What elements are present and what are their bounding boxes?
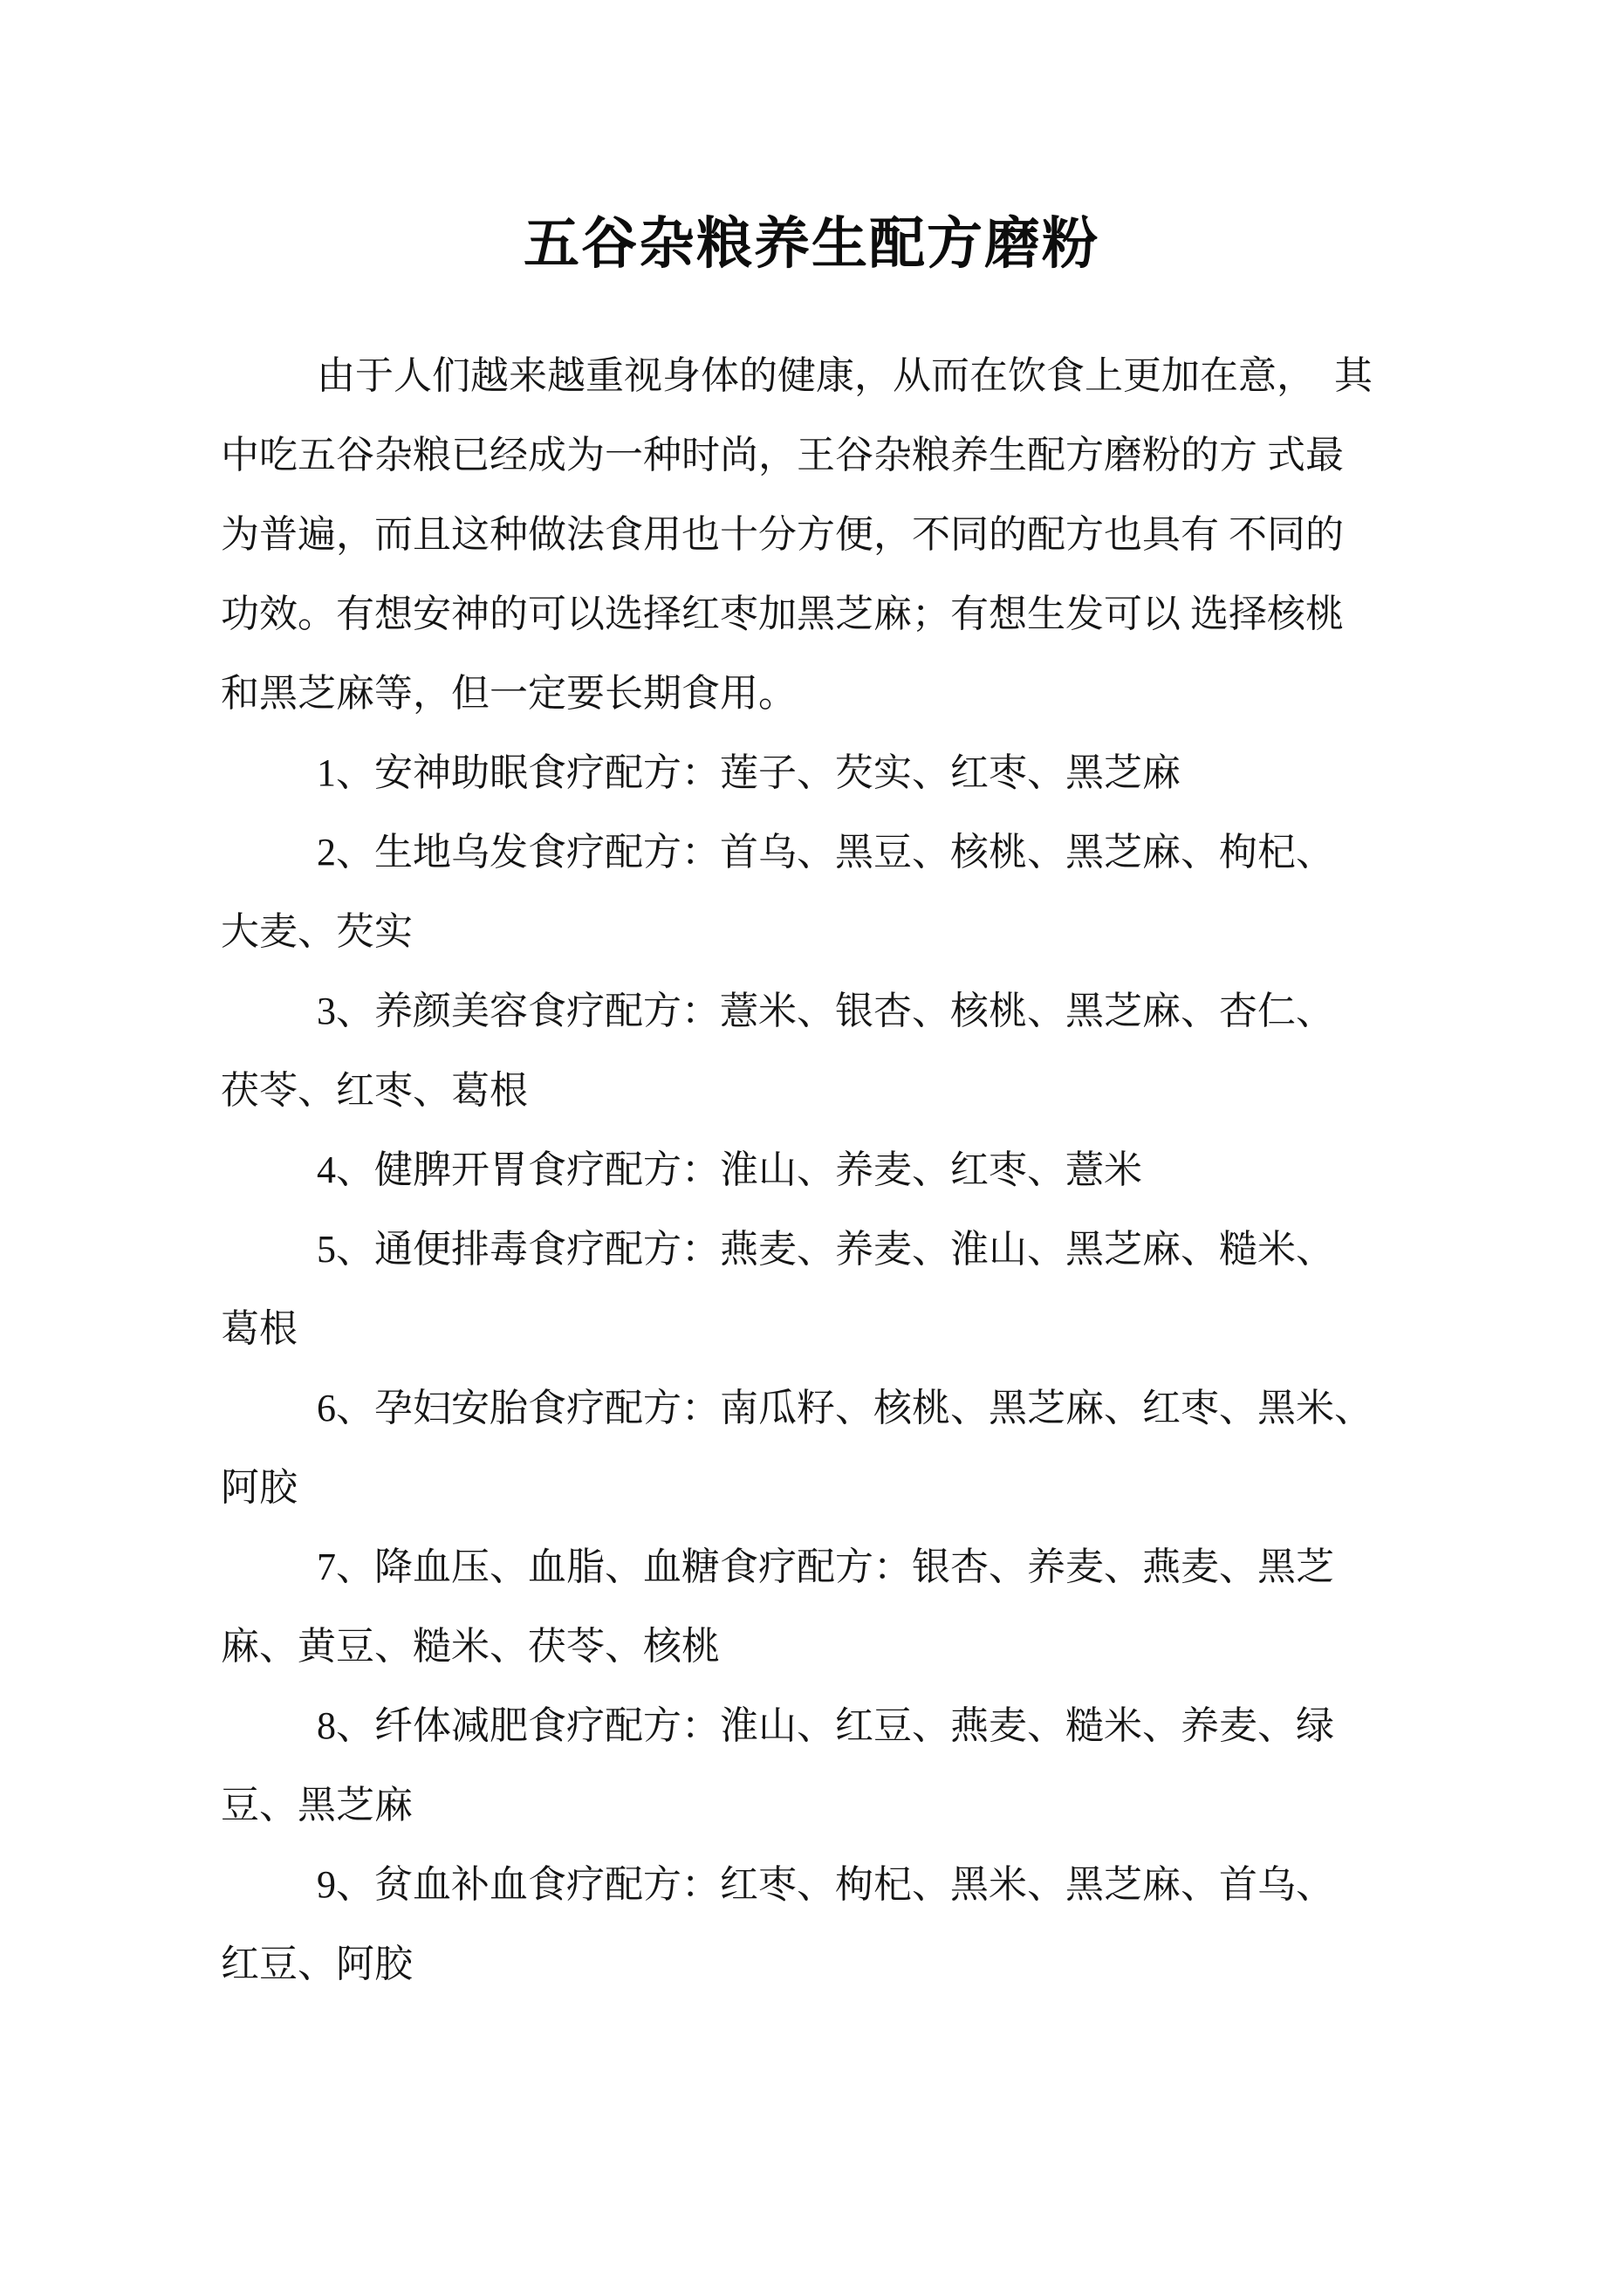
recipe-line-1: 1、安神助眠食疗配方：莲子、芡实、红枣、黑芝麻: [221, 733, 1414, 812]
recipe-line-4: 4、健脾开胃食疗配方：淮山、养麦、红枣、薏米: [221, 1130, 1414, 1210]
recipe-line-2-cont: 大麦、芡实: [221, 892, 1414, 971]
text-line: 中吃五谷杂粮已经成为一种时尚，王谷杂粮养生配方磨粉的方 式最: [221, 415, 1414, 495]
text-line: 和黑芝麻等，但一定要长期食用。: [221, 654, 1414, 733]
recipe-line-8-cont: 豆、黑芝麻: [221, 1765, 1414, 1845]
recipe-line-7: 7、降血压、血脂、血糖食疗配方：银杏、养麦、燕麦、黑芝: [221, 1527, 1414, 1607]
recipe-line-5: 5、通便排毒食疗配方：燕麦、养麦、淮山、黑芝麻、糙米、: [221, 1210, 1414, 1289]
document-body: 由于人们越来越重视身体的健康，从而在饮食上更加在意， 其 中吃五谷杂粮已经成为一…: [221, 336, 1414, 2004]
recipe-line-6: 6、孕妇安胎食疗配方：南瓜籽、核桃、黑芝麻、红枣、黑米、: [221, 1368, 1414, 1448]
recipe-line-6-cont: 阿胶: [221, 1448, 1414, 1527]
document-page: 五谷杂粮养生配方磨粉 由于人们越来越重视身体的健康，从而在饮食上更加在意， 其 …: [0, 0, 1623, 2296]
text-line: 为普遍，而且这种做法食用也十分方便，不同的配方也具有 不同的: [221, 495, 1414, 574]
recipe-line-8: 8、纤体减肥食疗配方：淮山、红豆、燕麦、糙米、养麦、绿: [221, 1686, 1414, 1765]
recipe-line-5-cont: 葛根: [221, 1289, 1414, 1368]
recipe-line-9: 9、贫血补血食疗配方：红枣、枸杞、黑米、黑芝麻、首乌、: [221, 1845, 1414, 1924]
text-line: 功效。有想安神的可以选择红枣加黑芝麻；有想生发可以 选择核桃: [221, 574, 1414, 654]
recipe-line-7-cont: 麻、黄豆、糙米、茯苓、核桃: [221, 1607, 1414, 1686]
recipe-line-3-cont: 茯苓、红枣、葛根: [221, 1051, 1414, 1130]
recipe-line-3: 3、养颜美容食疗配方：薏米、银杏、核桃、黑芝麻、杏仁、: [221, 971, 1414, 1051]
text-line: 由于人们越来越重视身体的健康，从而在饮食上更加在意， 其: [221, 336, 1414, 415]
recipe-line-2: 2、生地乌发食疗配方：首乌、黑豆、核桃、黑芝麻、枸杞、: [221, 812, 1414, 892]
recipe-line-9-cont: 红豆、阿胶: [221, 1924, 1414, 2004]
document-title: 五谷杂粮养生配方磨粉: [0, 0, 1623, 275]
